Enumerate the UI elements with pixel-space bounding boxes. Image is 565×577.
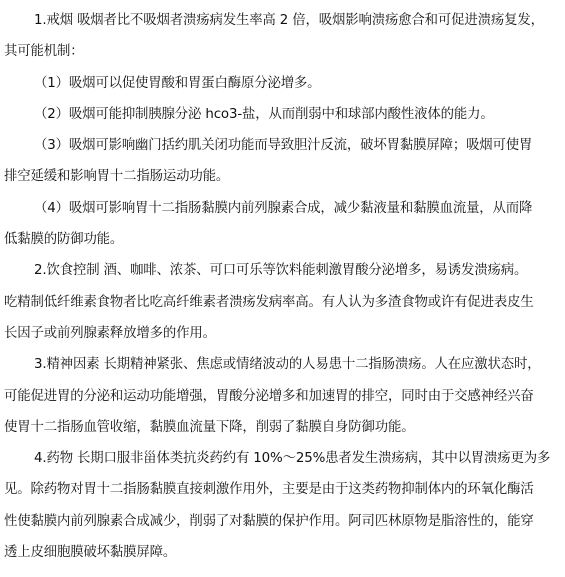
- section-4-drugs: 4.药物 长期口服非甾体类抗炎药约有 10%～25%患者发生溃疡病，其中以胃溃疡…: [4, 443, 565, 474]
- section-3-mental-cont-1: 可能促进胃的分泌和运动功能增强，胃酸分泌增多和加速胃的排空，同时由于交感神经兴奋: [4, 381, 565, 412]
- section-1-smoking-heading-line: 1.戒烟 吸烟者比不吸烟者溃疡病发生率高 2 倍，吸烟影响溃疡愈合和可促进溃疡复…: [4, 5, 565, 36]
- section-4-drugs-cont-2: 性使黏膜内前列腺素合成减少，削弱了对黏膜的保护作用。阿司匹林原物是脂溶性的，能穿: [4, 506, 565, 537]
- section-4-drugs-cont-3: 透上皮细胞膜破坏黏膜屏障。: [4, 537, 565, 568]
- mechanism-item-4: （4）吸烟可影响胃十二指肠黏膜内前列腺素合成，减少黏液量和黏膜血流量，从而降: [4, 193, 565, 224]
- mechanism-item-1: （1）吸烟可以促使胃酸和胃蛋白酶原分泌增多。: [4, 68, 565, 99]
- mechanism-item-3-cont: 排空延缓和影响胃十二指肠运动功能。: [4, 161, 565, 192]
- section-1-mechanism-intro: 其可能机制：: [4, 36, 565, 67]
- mechanism-item-4-cont: 低黏膜的防御功能。: [4, 224, 565, 255]
- section-2-diet-cont-2: 长因子或前列腺素释放增多的作用。: [4, 318, 565, 349]
- mechanism-item-2: （2）吸烟可能抑制胰腺分泌 hco3-盐，从而削弱中和球部内酸性液体的能力。: [4, 99, 565, 130]
- section-2-diet: 2.饮食控制 酒、咖啡、浓茶、可口可乐等饮料能刺激胃酸分泌增多，易诱发溃疡病。: [4, 255, 565, 286]
- article-body: 1.戒烟 吸烟者比不吸烟者溃疡病发生率高 2 倍，吸烟影响溃疡愈合和可促进溃疡复…: [0, 0, 565, 568]
- section-2-diet-cont-1: 吃精制低纤维素食物者比吃高纤维素者溃疡发病率高。有人认为多渣食物或许有促进表皮生: [4, 287, 565, 318]
- section-3-mental-cont-2: 使胃十二指肠血管收缩，黏膜血流量下降，削弱了黏膜自身防御功能。: [4, 412, 565, 443]
- section-3-mental: 3.精神因素 长期精神紧张、焦虑或情绪波动的人易患十二指肠溃疡。人在应激状态时，: [4, 349, 565, 380]
- section-4-drugs-cont-1: 见。除药物对胃十二指肠黏膜直接刺激作用外，主要是由于这类药物抑制体内的环氧化酶活: [4, 474, 565, 505]
- mechanism-item-3: （3）吸烟可影响幽门括约肌关闭功能而导致胆汁反流，破坏胃黏膜屏障；吸烟可使胃: [4, 130, 565, 161]
